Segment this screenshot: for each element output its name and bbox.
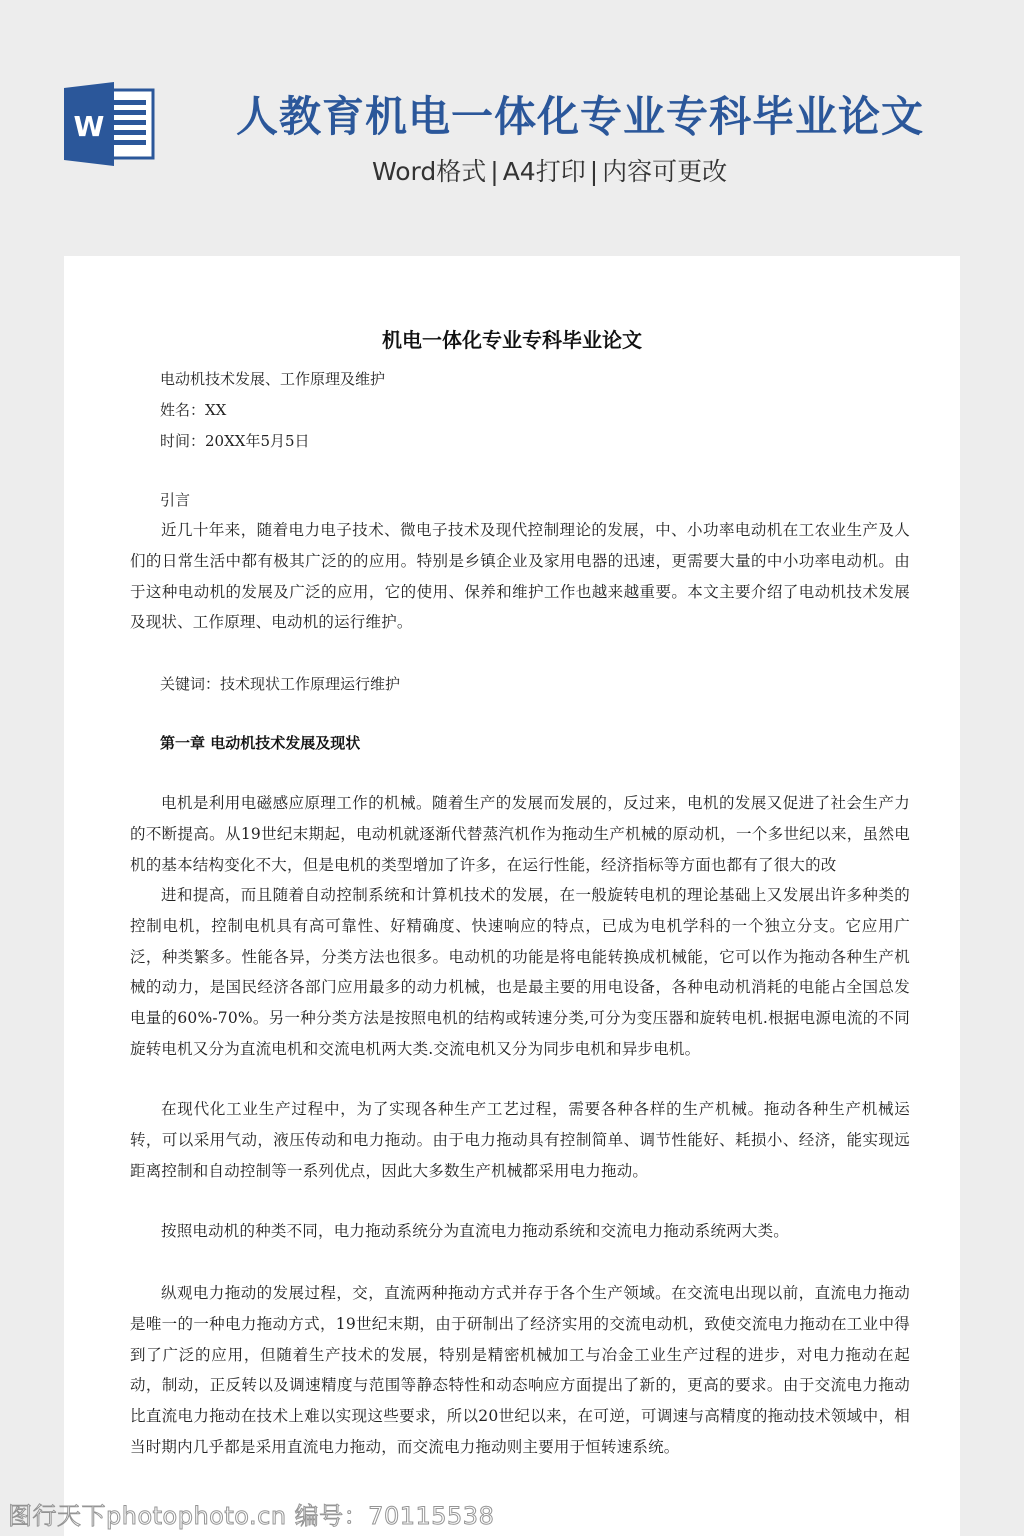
- body-paragraph: 按照电动机的种类不同，电力拖动系统分为直流电力拖动系统和交流电力拖动系统两大类。: [130, 1216, 910, 1247]
- intro-label: 引言: [160, 489, 190, 511]
- body-paragraph: 进和提高，而且随着自动控制系统和计算机技术的发展，在一般旋转电机的理论基础上又发…: [130, 880, 910, 1065]
- body-paragraph: 纵观电力拖动的发展过程，交，直流两种拖动方式并存于各个生产领域。在交流电出现以前…: [130, 1278, 910, 1463]
- word-document-icon: W: [64, 82, 156, 166]
- watermark: 图行天下photophoto.cn 编号：70115538: [8, 1496, 494, 1531]
- header-title: 人教育机电一体化专业专科毕业论文: [236, 88, 924, 146]
- document-subtitle: 电动机技术发展、工作原理及维护: [160, 368, 385, 390]
- document-page: 机电一体化专业专科毕业论文 电动机技术发展、工作原理及维护 姓名：XX 时间：2…: [64, 256, 960, 1536]
- subtitle-separator: |: [490, 157, 498, 186]
- svg-text:W: W: [74, 110, 105, 143]
- document-title: 机电一体化专业专科毕业论文: [64, 326, 960, 354]
- subtitle-format: Word格式: [372, 157, 486, 186]
- header-subtitle: Word格式|A4打印|内容可更改: [372, 152, 727, 192]
- page-header: W 人教育机电一体化专业专科毕业论文 Word格式|A4打印|内容可更改: [0, 0, 1024, 256]
- subtitle-print: A4打印: [503, 157, 586, 186]
- chapter-heading: 第一章 电动机技术发展及现状: [160, 732, 360, 754]
- body-paragraph: 电机是利用电磁感应原理工作的机械。随着生产的发展而发展的，反过来，电机的发展又促…: [130, 788, 910, 880]
- intro-paragraph: 近几十年来，随着电力电子技术、微电子技术及现代控制理论的发展，中、小功率电动机在…: [130, 515, 910, 638]
- subtitle-editable: 内容可更改: [602, 157, 727, 186]
- body-paragraph: 在现代化工业生产过程中，为了实现各种生产工艺过程，需要各种各样的生产机械。拖动各…: [130, 1094, 910, 1186]
- subtitle-separator: |: [590, 157, 598, 186]
- keywords-line: 关键词：技术现状工作原理运行维护: [160, 673, 400, 695]
- author-line: 姓名：XX: [160, 399, 226, 421]
- date-line: 时间：20XX年5月5日: [160, 430, 310, 452]
